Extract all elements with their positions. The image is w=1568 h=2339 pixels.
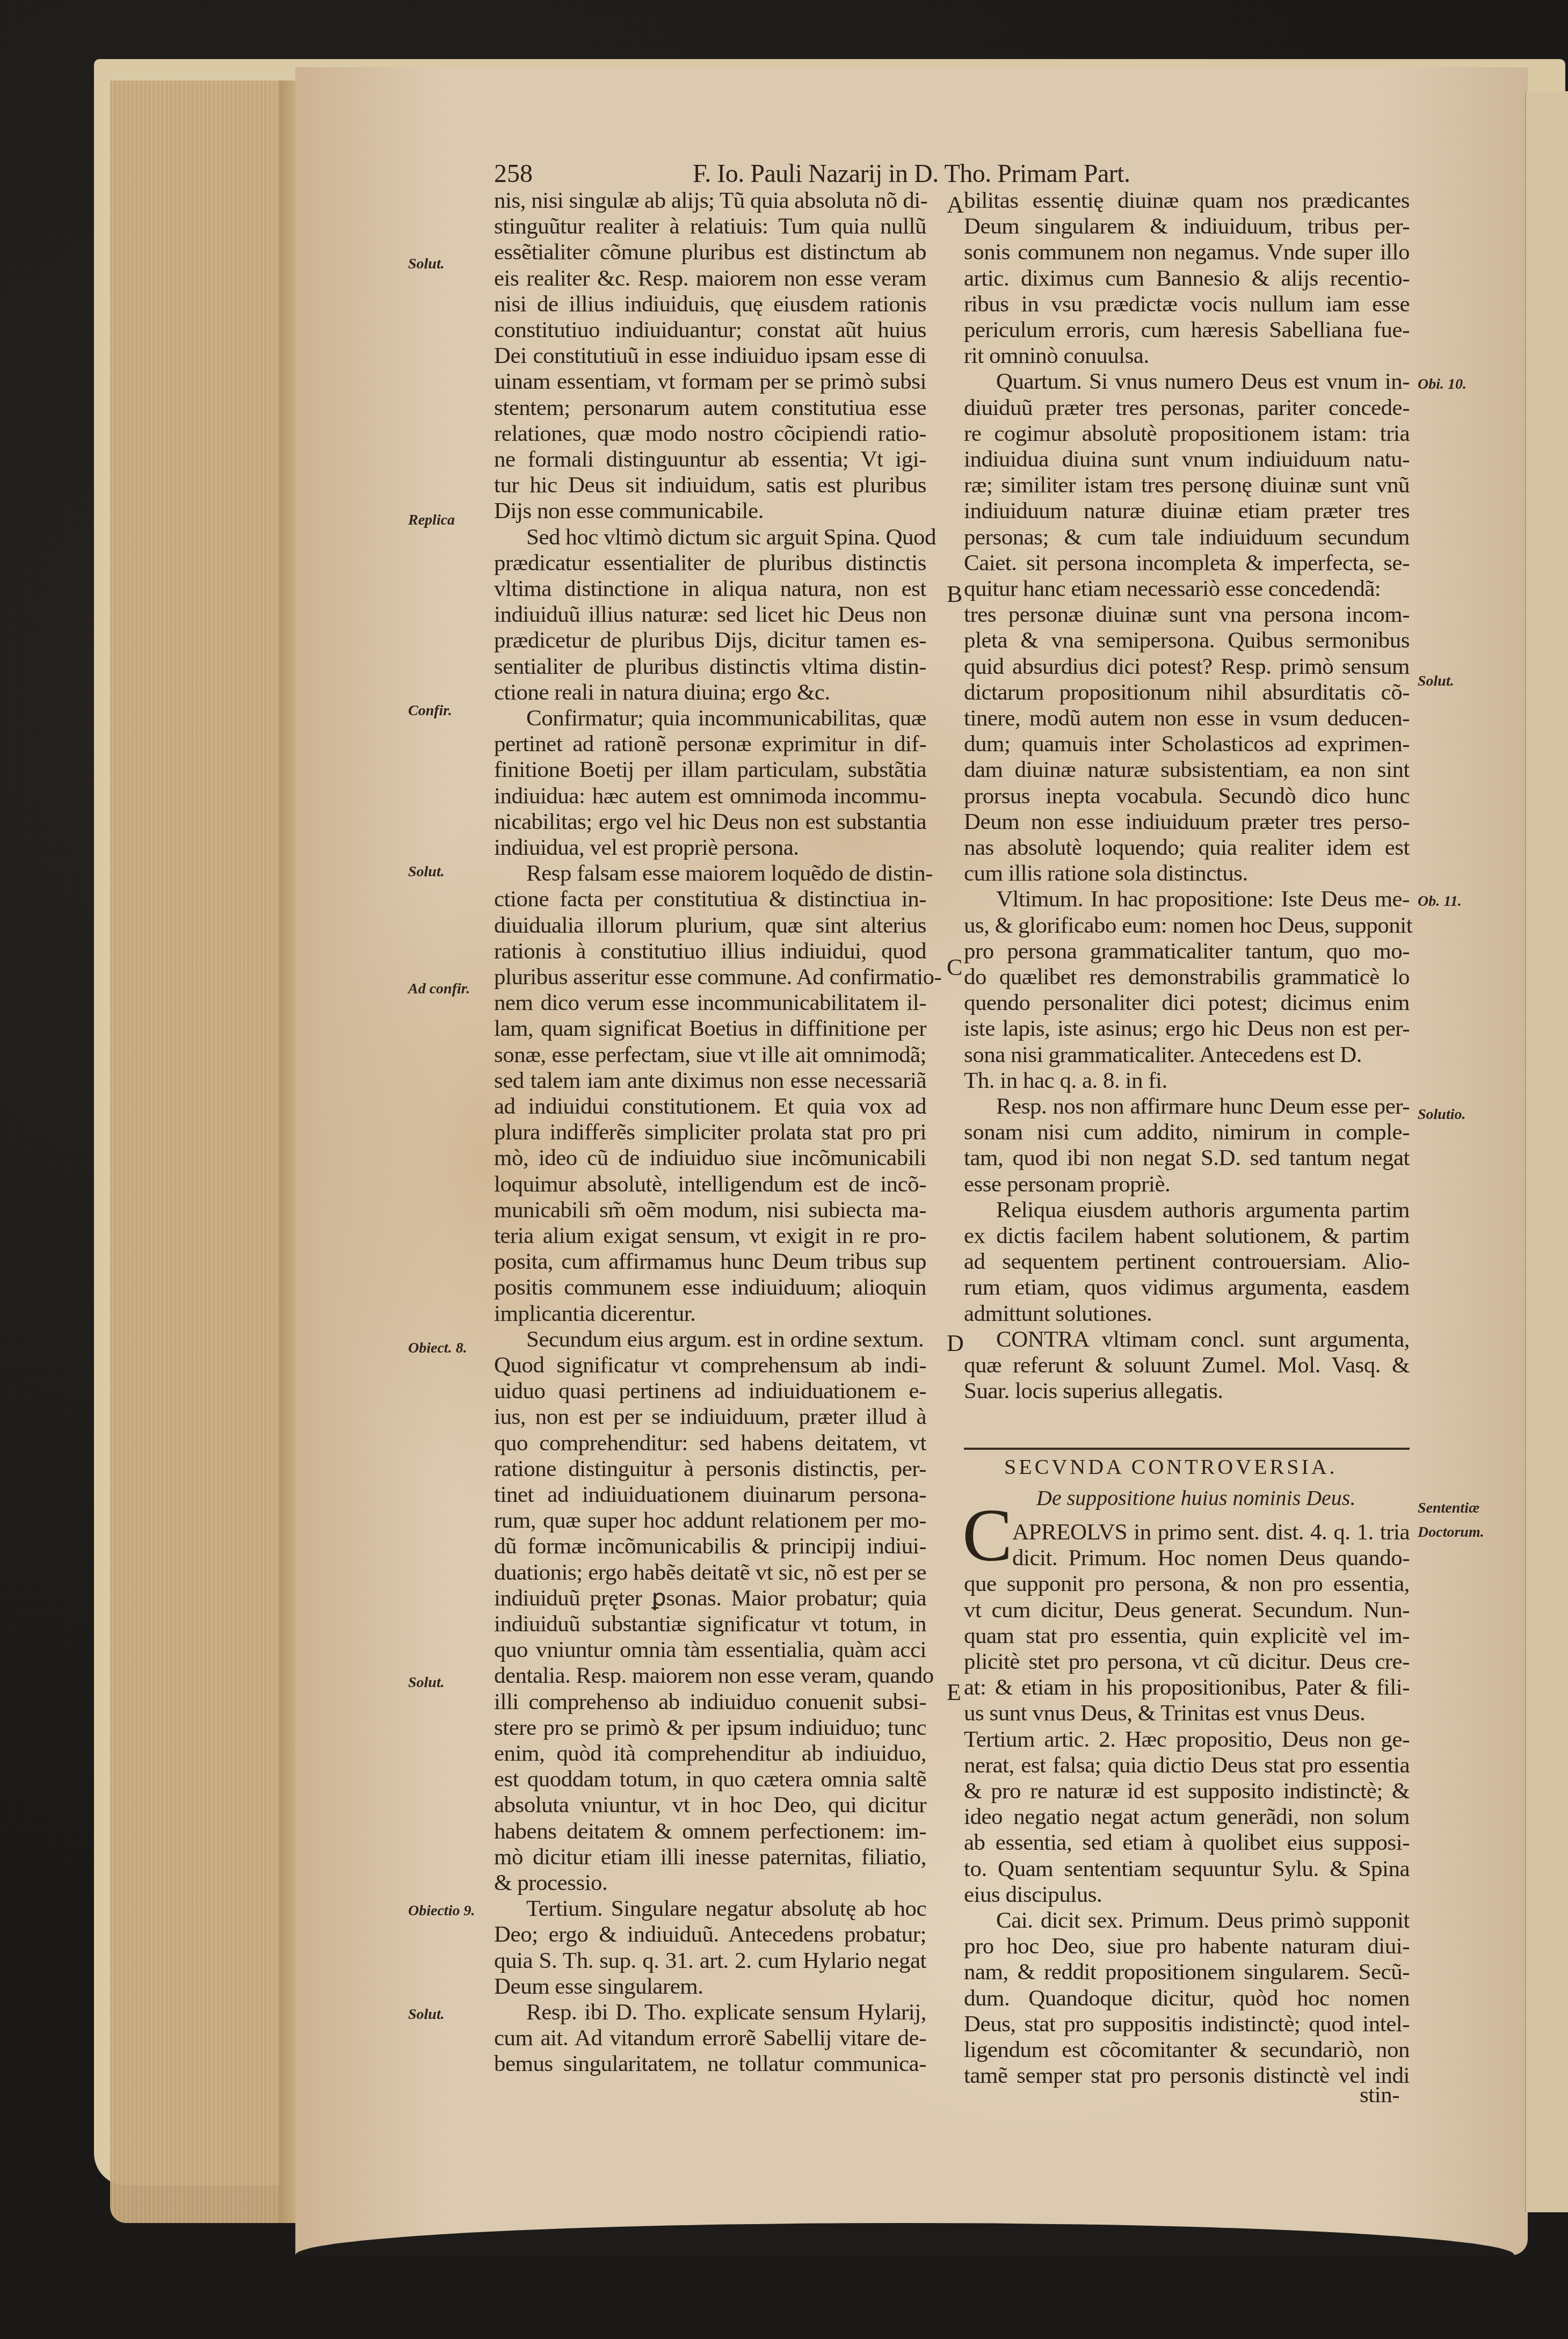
text-line: eis realiter &c. Resp. maiorem non esse … [494, 267, 926, 290]
text-line: pleta & vna semipersona. Quibus sermonib… [964, 629, 1410, 652]
text-line: lam, quam significat Boetius in diffinit… [494, 1017, 926, 1040]
text-line: nem dico verum esse incommunicabilitatem… [494, 991, 926, 1014]
text-line: Suar. locis superius allegatis. [964, 1379, 1223, 1403]
text-line: ligendum est cõcomitanter & secundariò, … [964, 2038, 1410, 2061]
text-line: Vltimum. In hac propositione: Iste Deus … [996, 888, 1410, 911]
text-line: Tertium artic. 2. Hæc propositio, Deus n… [964, 1728, 1410, 1751]
text-line: indiuiduũ pręter ꝑsonas. Maior probatur;… [494, 1587, 926, 1610]
margin-note: Obiectio 9. [408, 1904, 475, 1919]
text-line: quo vniuntur omnia tàm essentialia, quàm… [494, 1638, 926, 1661]
text-line: ideo negatio negat actum generãdi, non s… [964, 1805, 1410, 1828]
drop-cap: C [962, 1498, 1012, 1573]
text-line: Deum esse singularem. [494, 1975, 703, 1998]
section-letter: E [947, 1681, 961, 1704]
text-line: pro persona grammaticaliter tantum, quo … [964, 940, 1410, 963]
catchword: stin- [1360, 2083, 1399, 2106]
text-line: rum etiam, quos vidimus argumenta, easde… [964, 1276, 1410, 1299]
text-line: periculum erroris, cum hæresis Sabellian… [964, 318, 1410, 342]
text-line: diuidualia illorum plurium, quæ sint alt… [494, 914, 926, 937]
section-letter: B [947, 583, 962, 606]
text-line: sonis communem non negamus. Vnde super i… [964, 241, 1410, 264]
text-line: Deum singularem & indiuiduum, tribus per… [964, 215, 1410, 238]
text-line: sonam nisi cum addito, nimirum in comple… [964, 1121, 1410, 1144]
text-line: nis, nisi singulæ ab alijs; Tũ quia abso… [494, 189, 926, 212]
text-line: plura indifferẽs simpliciter prolata sta… [494, 1121, 926, 1144]
text-line: diuiduũ præter tres personas, pariter co… [964, 396, 1410, 419]
text-line: indiuidua diuina sunt vnum indiuiduum na… [964, 448, 1410, 471]
text-line: posita, cum affirmamus hunc Deum tribus … [494, 1250, 926, 1273]
text-line: Secundum eius argum. est in ordine sextu… [526, 1328, 924, 1351]
text-line: tur hic Deus sit indiuidum, satis est pl… [494, 474, 926, 497]
text-line: cum ait. Ad vitandum errorẽ Sabellij vit… [494, 2026, 926, 2050]
text-line: teria alium exigat sensum, vt exigit in … [494, 1224, 926, 1247]
text-line: ab essentia, sed etiam à quolibet eius s… [964, 1831, 1410, 1854]
text-line: loquimur absolutè, intelligendum est de … [494, 1173, 926, 1196]
margin-note: Obiect. 8. [408, 1341, 467, 1356]
margin-note: Solut. [408, 257, 445, 272]
text-line: dictarum propositionum nihil absurditati… [964, 681, 1410, 704]
text-line: mò, ideo cũ de indiuiduo siue incõmunica… [494, 1146, 926, 1169]
text-line: pro hoc Deo, siue pro habente naturam di… [964, 1935, 1410, 1958]
text-line: ad sequentem pertinent controuersiam. Al… [964, 1250, 1410, 1273]
text-line: enim, quòd ità comprehenditur ab indiuid… [494, 1742, 926, 1765]
text-line: us, & glorificabo eum: nomen hoc Deus, s… [964, 914, 1410, 937]
text-line: Resp. ibi D. Tho. explicate sensum Hylar… [526, 2001, 926, 2024]
margin-note: Sententiæ [1418, 1501, 1479, 1516]
text-line: at: & etiam in his propositionibus, Pate… [964, 1676, 1410, 1699]
text-line: indiuiduũ substantiæ significatur vt tot… [494, 1612, 926, 1636]
text-line: tinet ad indiuiduationem diuinarum perso… [494, 1483, 926, 1506]
text-line: eius discipulus. [964, 1883, 1102, 1906]
text-line: ad indiuidui constitutionem. Et quia vox… [494, 1095, 926, 1118]
text-line: prorsus inepta vocabula. Secundò dico hu… [964, 784, 1410, 808]
text-line: dentalia. Resp. maiorem non esse veram, … [494, 1664, 926, 1687]
text-line: quo comprehenditur: sed habens deitatem,… [494, 1432, 926, 1455]
text-line: vltima distinctione in aliqua natura, no… [494, 577, 926, 600]
text-line: dũ formæ incõmunicabilis & principij ind… [494, 1535, 926, 1558]
text-line: Confirmatur; quia incommunicabilitas, qu… [526, 707, 926, 730]
scan-canvas: 258 F. Io. Pauli Nazarij in D. Tho. Prim… [0, 0, 1568, 2339]
text-line: esse personam propriè. [964, 1173, 1170, 1196]
text-line: plicitè stet pro persona, vt cũ dicitur.… [964, 1650, 1410, 1673]
text-line: nicabilitas; ergo vel hic Deus non est s… [494, 810, 926, 833]
running-head: F. Io. Pauli Nazarij in D. Tho. Primam P… [693, 161, 1130, 187]
text-line: cum illis ratione sola distinctus. [964, 862, 1248, 885]
text-line: nas absolutè loquendo; quia realiter ide… [964, 836, 1410, 859]
section-letter: A [947, 193, 964, 217]
margin-note: Solut. [1418, 674, 1454, 689]
text-line: ius, non est per se indiuiduum, præter i… [494, 1405, 926, 1428]
text-line: Quod significatur vt comprehensum ab ind… [494, 1354, 926, 1377]
text-line: APREOLVS in primo sent. dist. 4. q. 1. t… [1012, 1521, 1410, 1544]
text-line: ne formali distinguuntur ab essentia; Vt… [494, 448, 926, 471]
text-line: uiduo quasi pertinens ad indiuiduationem… [494, 1379, 926, 1403]
text-line: sentialiter de pluribus distinctis vltim… [494, 655, 926, 678]
text-line: us sunt vnus Deus, & Trinitas est vnus D… [964, 1702, 1365, 1725]
text-line: pertinet ad rationẽ personæ exprimitur i… [494, 732, 926, 756]
margin-note: Ad confir. [408, 982, 470, 997]
text-line: prædicetur de pluribus Dijs, dicitur tam… [494, 629, 926, 652]
text-line: do quælibet res demonstrabilis grammatic… [964, 965, 1410, 989]
text-line: municabili sm̃ oẽm modum, nisi subiecta … [494, 1198, 926, 1222]
text-line: sed talem iam ante diximus non esse nece… [494, 1069, 926, 1092]
text-line: que supponit pro persona, & non pro esse… [964, 1572, 1410, 1595]
text-line: nam, & reddit propositionem singularem. … [964, 1960, 1410, 1984]
margin-note: Solut. [408, 2007, 445, 2022]
margin-note: Confir. [408, 703, 452, 718]
text-line: implicantia dicerentur. [494, 1302, 695, 1325]
text-line: bilitas essentię diuinæ quam nos prædica… [964, 189, 1410, 212]
text-line: relationes, quæ modo nostro cõcipiendi r… [494, 422, 926, 445]
text-line: Dei constitutiuũ in esse indiuiduo ipsam… [494, 344, 926, 367]
text-line: mò dicitur etiam illi inesse paternitas,… [494, 1846, 926, 1869]
text-line: Resp. nos non affirmare hunc Deum esse p… [996, 1095, 1410, 1118]
text-line: iste lapis, iste asinus; ergo hic Deus n… [964, 1017, 1410, 1040]
margin-note: Solut. [408, 865, 445, 880]
text-line: to. Quam sententiam sequuntur Sylu. & Sp… [964, 1857, 1410, 1880]
page-number: 258 [494, 161, 533, 187]
text-line: stinguũtur realiter à relatiuis: Tum qui… [494, 215, 926, 238]
text-line: tinere, modũ autem non esse in vsum dedu… [964, 707, 1410, 730]
text-line: admittunt solutiones. [964, 1302, 1152, 1325]
margin-note: Solut. [408, 1675, 445, 1690]
text-line: est quoddam totum, in quo cætera omnia s… [494, 1768, 926, 1791]
margin-note: Ob. 11. [1418, 894, 1462, 909]
facing-page-edge [1525, 91, 1568, 2212]
text-line: sonæ, esse perfectam, siue vt ille ait o… [494, 1043, 926, 1066]
text-line: quia S. Th. sup. q. 31. art. 2. cum Hyla… [494, 1949, 926, 1972]
text-line: tam, quod ibi non negat S.D. sed tantum … [964, 1146, 1410, 1169]
section-title: SECVNDA CONTROVERSIA. [1004, 1456, 1338, 1478]
text-line: dicit. Primum. Hoc nomen Deus quando- [1012, 1546, 1410, 1570]
text-line: quitur hanc etiam necessariò esse conced… [964, 577, 1381, 600]
text-line: Resp falsam esse maiorem loquẽdo de dist… [526, 862, 926, 885]
text-line: ctione reali in natura diuina; ergo &c. [494, 681, 830, 704]
text-line: CONTRA vltimam concl. sunt argumenta, [996, 1328, 1410, 1351]
text-line: stentem; personarum autem constitutiua e… [494, 396, 926, 419]
text-line: indiuidua: hæc autem est omnimoda incomm… [494, 784, 926, 808]
margin-note: Solutio. [1418, 1107, 1465, 1122]
text-line: Tertium. Singulare negatur absolutę ab h… [526, 1897, 926, 1920]
text-line: Sed hoc vltimò dictum sic arguit Spina. … [526, 526, 926, 549]
section-letter: D [947, 1332, 964, 1355]
section-rule [964, 1448, 1410, 1450]
text-line: dam diuinæ naturæ subsistentiam, ea non … [964, 758, 1410, 781]
text-line: & pro re naturæ id est supposito indisti… [964, 1779, 1410, 1803]
text-line: indiuiduũ illius naturæ: sed licet hic D… [494, 603, 926, 626]
text-line: pluribus asseritur esse commune. Ad conf… [494, 965, 926, 989]
text-line: Quartum. Si vnus numero Deus est vnum in… [996, 370, 1410, 393]
margin-note: Replica [408, 513, 455, 528]
text-line: tres personæ diuinæ sunt vna persona inc… [964, 603, 1410, 626]
text-line: Deo; ergo & indiuiduũ. Antecedens probat… [494, 1923, 926, 1946]
text-line: ribus in vsu prædictæ vocis nullum iam e… [964, 293, 1410, 316]
text-line: illi comprehenso ab indiuiduo conuenit s… [494, 1690, 926, 1713]
text-line: ctione facta per constitutiua & distinct… [494, 888, 926, 911]
text-line: indiuiduum naturæ diuinæ etiam præter tr… [964, 499, 1410, 522]
text-line: quendo personaliter dici potest; dicimus… [964, 991, 1410, 1014]
text-line: Reliqua eiusdem authoris argumenta parti… [996, 1198, 1410, 1222]
text-line: Dijs non esse communicabile. [494, 499, 764, 522]
text-line: nerat, est falsa; quia dictio Deus stat … [964, 1754, 1410, 1777]
text-line: quæ referunt & soluunt Zumel. Mol. Vasq.… [964, 1354, 1410, 1377]
text-line: stere pro se primò & per ipsum indiuiduo… [494, 1716, 926, 1739]
text-line: positis communem esse indiuiduum; alioqu… [494, 1276, 926, 1299]
text-line: Deus, stat pro suppositis indistinctè; q… [964, 2013, 1410, 2036]
text-line: dum. Quandoque dicitur, quòd hoc nomen [964, 1987, 1410, 2010]
text-line: prædicatur essentialiter de pluribus dis… [494, 551, 926, 575]
text-line: vt cum dicitur, Deus generat. Secundum. … [964, 1599, 1410, 1622]
text-line: Deum non esse indiuiduum præter tres per… [964, 810, 1410, 833]
text-line: absoluta vniuntur, vt in hoc Deo, qui di… [494, 1793, 926, 1817]
text-line: nisi de illius indiuiduis, quę eiusdem r… [494, 293, 926, 316]
text-line: ræ; similiter istam tres personę diuinæ … [964, 474, 1410, 497]
text-line: tamẽ semper stat pro personis distinctè … [964, 2064, 1410, 2087]
text-line: Th. in hac q. a. 8. in fi. [964, 1069, 1167, 1092]
text-line: habens deitatem & omnem perfectionem: im… [494, 1820, 926, 1843]
text-line: duationis; ergo habẽs deitatẽ vt sic, nõ… [494, 1561, 926, 1584]
text-line: ex dictis facilem habent solutionem, & p… [964, 1224, 1410, 1247]
text-line: constitutiuo indiuiduantur; constat aũt … [494, 318, 926, 342]
text-line: rum, quæ super hoc addunt relationem per… [494, 1509, 926, 1532]
text-line: rit omninò conuulsa. [964, 344, 1149, 367]
text-line: sona nisi grammaticaliter. Antecedens es… [964, 1043, 1362, 1066]
text-line: finitione Boetij per illam particulam, s… [494, 758, 926, 781]
text-line: essẽtialiter cõmune pluribus est distinc… [494, 241, 926, 264]
text-line: dum; quamuis inter Scholasticos ad expri… [964, 732, 1410, 756]
text-line: ratione distinguitur à personis distinct… [494, 1457, 926, 1480]
text-line: & processio. [494, 1871, 607, 1894]
text-line: bemus singularitatem, ne tollatur commun… [494, 2052, 926, 2075]
text-line: Caiet. sit persona incompleta & imperfec… [964, 551, 1410, 575]
text-line: indiuidua, vel est propriè persona. [494, 836, 799, 859]
text-line: artic. diximus cum Bannesio & alijs rece… [964, 267, 1410, 290]
text-line: re cogimur absolutè propositionem istam:… [964, 422, 1410, 445]
margin-note: Doctorum. [1418, 1525, 1484, 1540]
text-line: uinam essentiam, vt formam per se primò … [494, 370, 926, 393]
text-line: rationis à constitutiuo illius indiuidui… [494, 940, 926, 963]
page-fore-edge [110, 81, 295, 2223]
section-letter: C [947, 956, 962, 979]
text-line: Cai. dicit sex. Primum. Deus primò suppo… [996, 1909, 1410, 1932]
section-subtitle: De suppositione huius nominis Deus. [1036, 1487, 1355, 1509]
text-line: quid absurdius dici potest? Resp. primò … [964, 655, 1410, 678]
text-line: quam stat pro essentia, quin explicitè v… [964, 1624, 1410, 1647]
margin-note: Obi. 10. [1418, 377, 1467, 392]
text-line: personas; & cum tale indiuiduum secundum [964, 526, 1410, 549]
